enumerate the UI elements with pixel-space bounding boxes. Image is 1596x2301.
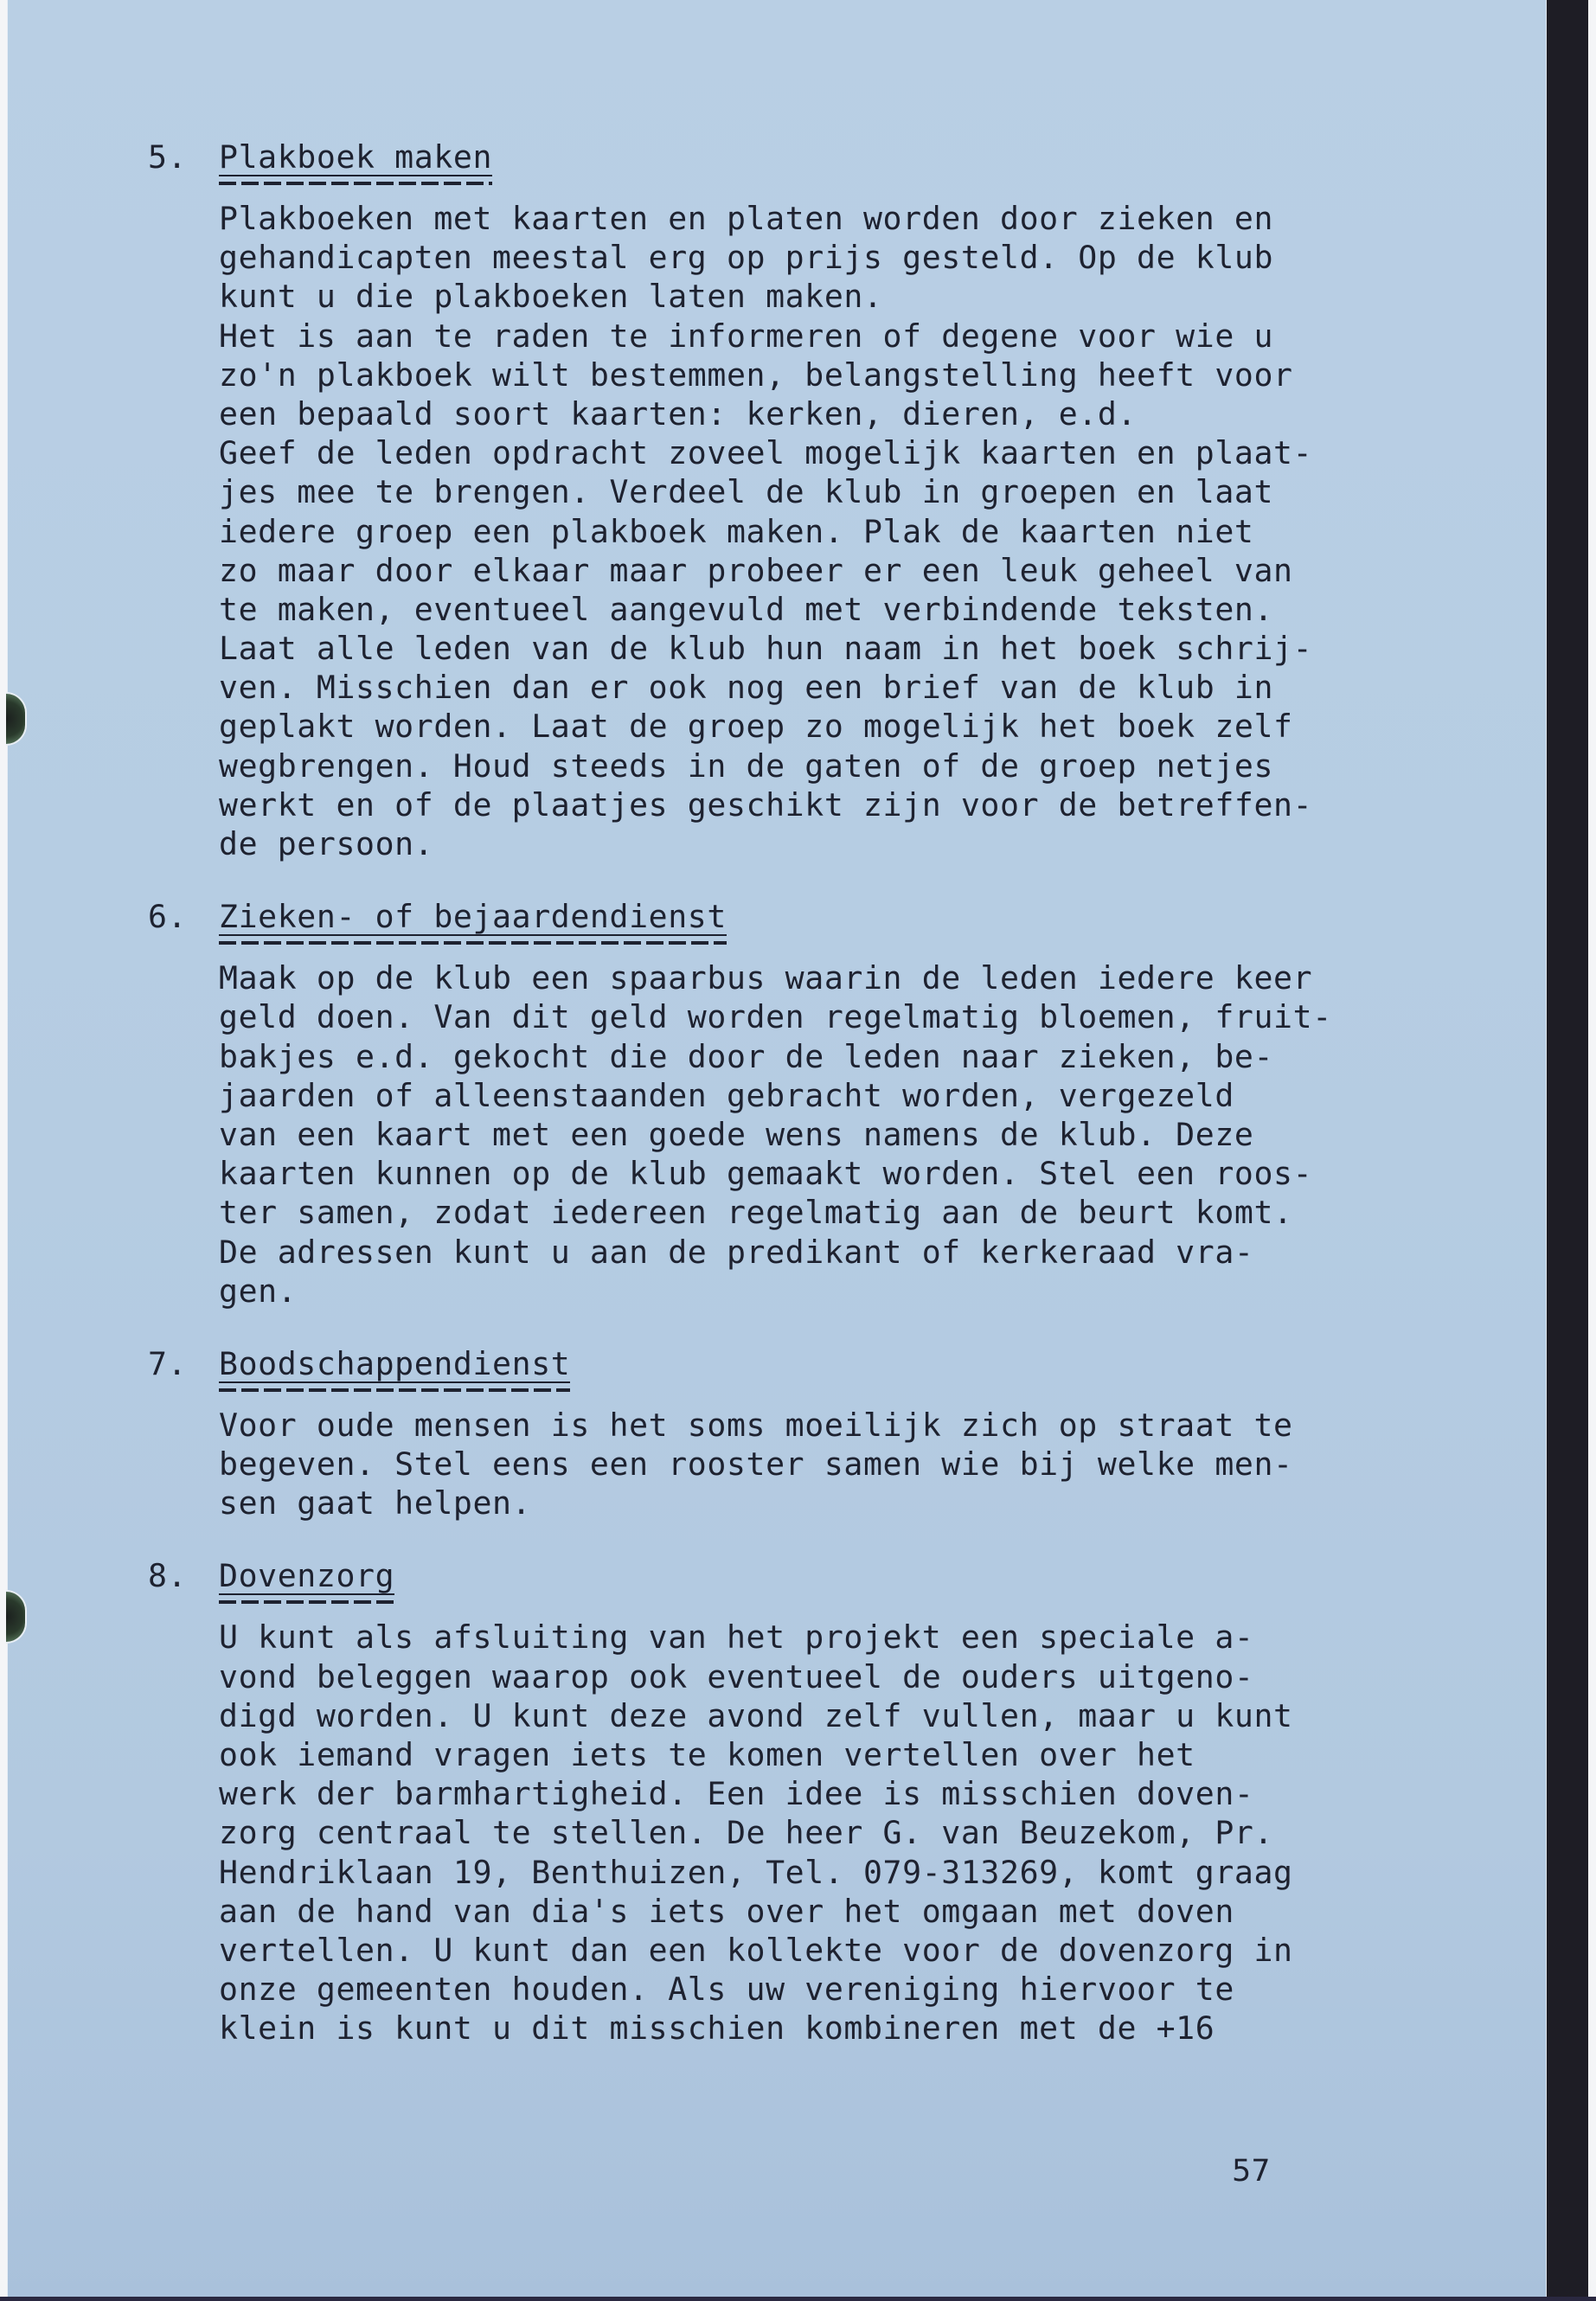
text-line: te maken, eventueel aangevuld met verbin… (219, 590, 1428, 629)
text-line: bakjes e.d. gekocht die door de leden na… (219, 1037, 1428, 1076)
text-line: kaarten kunnen op de klub gemaakt worden… (219, 1154, 1428, 1193)
section-body: Plakboeken met kaarten en platen worden … (219, 199, 1428, 863)
section-boodschappendienst: 7. Boodschappendienst Voor oude mensen i… (148, 1345, 1428, 1523)
punch-hole-icon (6, 1590, 27, 1644)
scan-backdrop-right (1545, 0, 1588, 2301)
section-heading: 6. Zieken- of bejaardendienst (148, 898, 1428, 938)
text-line: Geef de leden opdracht zoveel mogelijk k… (219, 433, 1428, 472)
text-line: Het is aan te raden te informeren of deg… (219, 317, 1428, 356)
punch-hole-icon (6, 692, 27, 746)
text-line: ven. Misschien dan er ook nog een brief … (219, 668, 1428, 707)
scan-backdrop-bottom (0, 2297, 1596, 2301)
text-line: digd worden. U kunt deze avond zelf vull… (219, 1696, 1428, 1735)
text-line: onze gemeenten houden. Als uw vereniging… (219, 1970, 1428, 2009)
text-line: ter samen, zodat iedereen regelmatig aan… (219, 1193, 1428, 1232)
text-line: jaarden of alleenstaanden gebracht worde… (219, 1076, 1428, 1115)
text-line: aan de hand van dia's iets over het omga… (219, 1892, 1428, 1931)
text-line: De adressen kunt u aan de predikant of k… (219, 1233, 1428, 1272)
text-line: kunt u die plakboeken laten maken. (219, 277, 1428, 316)
text-line: U kunt als afsluiting van het projekt ee… (219, 1618, 1428, 1657)
page-content: 5. Plakboek maken Plakboeken met kaarten… (148, 138, 1428, 2083)
section-title: Boodschappendienst (219, 1347, 570, 1383)
text-line: iedere groep een plakboek maken. Plak de… (219, 512, 1428, 551)
text-line: van een kaart met een goede wens namens … (219, 1115, 1428, 1154)
section-number: 7. (148, 1345, 219, 1382)
text-line: klein is kunt u dit misschien kombineren… (219, 2009, 1428, 2048)
section-number: 8. (148, 1557, 219, 1594)
section-title: Zieken- of bejaardendienst (219, 900, 727, 936)
section-dovenzorg: 8. Dovenzorg U kunt als afsluiting van h… (148, 1557, 1428, 2048)
text-line: werk der barmhartigheid. Een idee is mis… (219, 1774, 1428, 1813)
text-line: Plakboeken met kaarten en platen worden … (219, 199, 1428, 238)
section-plakboek-maken: 5. Plakboek maken Plakboeken met kaarten… (148, 138, 1428, 863)
text-line: ook iemand vragen iets te komen vertelle… (219, 1735, 1428, 1774)
text-line: Voor oude mensen is het soms moeilijk zi… (219, 1406, 1428, 1445)
section-body: U kunt als afsluiting van het projekt ee… (219, 1618, 1428, 2048)
text-line: zo'n plakboek wilt bestemmen, belangstel… (219, 356, 1428, 394)
text-line: een bepaald soort kaarten: kerken, diere… (219, 394, 1428, 433)
text-line: gen. (219, 1272, 1428, 1311)
text-line: begeven. Stel eens een rooster samen wie… (219, 1445, 1428, 1484)
text-line: jes mee te brengen. Verdeel de klub in g… (219, 472, 1428, 511)
section-body: Maak op de klub een spaarbus waarin de l… (219, 958, 1428, 1311)
text-line: Hendriklaan 19, Benthuizen, Tel. 079-313… (219, 1853, 1428, 1892)
section-title: Dovenzorg (219, 1559, 394, 1595)
section-heading: 7. Boodschappendienst (148, 1345, 1428, 1385)
text-line: sen gaat helpen. (219, 1484, 1428, 1522)
text-line: vertellen. U kunt dan een kollekte voor … (219, 1931, 1428, 1970)
text-line: Maak op de klub een spaarbus waarin de l… (219, 958, 1428, 997)
text-line: vond beleggen waarop ook eventueel de ou… (219, 1657, 1428, 1696)
text-line: geld doen. Van dit geld worden regelmati… (219, 997, 1428, 1036)
text-line: zo maar door elkaar maar probeer er een … (219, 551, 1428, 590)
text-line: werkt en of de plaatjes geschikt zijn vo… (219, 785, 1428, 824)
section-number: 5. (148, 138, 219, 176)
section-zieken-of-bejaardendienst: 6. Zieken- of bejaardendienst Maak op de… (148, 898, 1428, 1311)
text-line: Laat alle leden van de klub hun naam in … (219, 629, 1428, 668)
section-number: 6. (148, 898, 219, 935)
text-line: gehandicapten meestal erg op prijs geste… (219, 238, 1428, 277)
section-body: Voor oude mensen is het soms moeilijk zi… (219, 1406, 1428, 1523)
section-title: Plakboek maken (219, 140, 492, 176)
text-line: de persoon. (219, 824, 1428, 863)
text-line: zorg centraal te stellen. De heer G. van… (219, 1813, 1428, 1852)
section-heading: 5. Plakboek maken (148, 138, 1428, 178)
text-line: wegbrengen. Houd steeds in de gaten of d… (219, 747, 1428, 785)
text-line: geplakt worden. Laat de groep zo mogelij… (219, 707, 1428, 746)
section-heading: 8. Dovenzorg (148, 1557, 1428, 1597)
document-page: 5. Plakboek maken Plakboeken met kaarten… (7, 0, 1547, 2297)
page-number: 57 (1232, 2154, 1271, 2189)
